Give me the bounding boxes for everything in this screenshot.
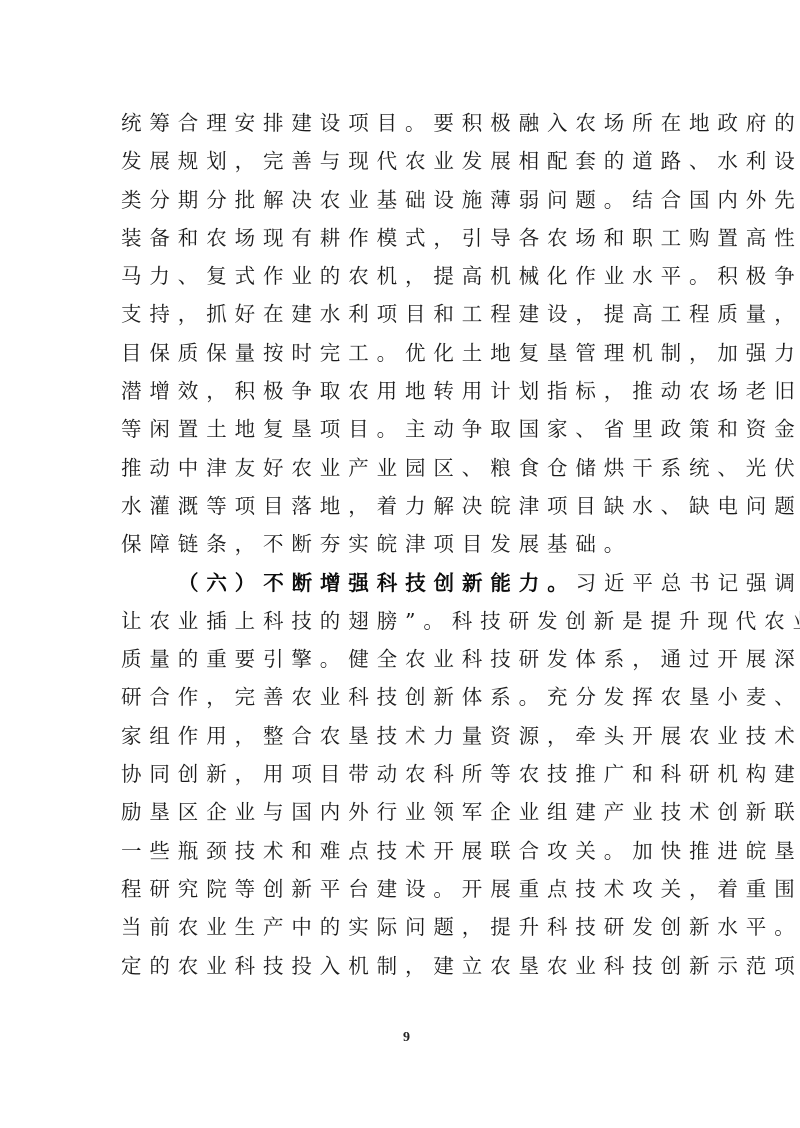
page-number: 9: [403, 1030, 410, 1046]
text-line: 水灌溉等项目落地，着力解决皖津项目缺水、缺电问题，完善: [121, 487, 701, 525]
text-line: 让农业插上科技的翅膀”。科技研发创新是提升现代农业发展: [121, 602, 701, 640]
text-line: 等闲置土地复垦项目。主动争取国家、省里政策和资金支持，: [121, 410, 701, 448]
text-line: 类分期分批解决农业基础设施薄弱问题。结合国内外先进农机: [121, 181, 701, 219]
text-run: 习近平总书记强调，“要: [576, 571, 800, 595]
text-line: 发展规划，完善与现代农业发展相配套的道路、水利设施，分: [121, 142, 701, 180]
text-line: 支持，抓好在建水利项目和工程建设，提高工程质量，确保项: [121, 295, 701, 333]
text-line: 保障链条，不断夯实皖津项目发展基础。: [121, 525, 701, 563]
text-line-first: （六）不断增强科技创新能力。习近平总书记强调，“要: [121, 564, 701, 602]
text-line: 目保质保量按时完工。优化土地复垦管理机制，加强力量，挖: [121, 334, 701, 372]
document-page: 统筹合理安排建设项目。要积极融入农场所在地政府的建设与 发展规划，完善与现代农业…: [0, 0, 800, 1128]
body-text: 统筹合理安排建设项目。要积极融入农场所在地政府的建设与 发展规划，完善与现代农业…: [121, 104, 701, 985]
text-line: 定的农业科技投入机制，建立农垦农业科技创新示范项目清: [121, 947, 701, 985]
text-line: 统筹合理安排建设项目。要积极融入农场所在地政府的建设与: [121, 104, 701, 142]
text-line: 家组作用，整合农垦技术力量资源，牵头开展农业技术攻关和: [121, 717, 701, 755]
text-line: 装备和农场现有耕作模式，引导各农场和职工购置高性能、大: [121, 219, 701, 257]
paragraph-infrastructure: 统筹合理安排建设项目。要积极融入农场所在地政府的建设与 发展规划，完善与现代农业…: [121, 104, 701, 564]
text-line: 协同创新，用项目带动农科所等农技推广和科研机构建设。鼓: [121, 755, 701, 793]
text-line: 励垦区企业与国内外行业领军企业组建产业技术创新联盟，对: [121, 793, 701, 831]
text-line: 程研究院等创新平台建设。开展重点技术攻关，着重围绕解决: [121, 870, 701, 908]
text-line: 质量的重要引擎。健全农业科技研发体系，通过开展深度产学: [121, 640, 701, 678]
text-line: 潜增效，积极争取农用地转用计划指标，推动农场老旧居民点: [121, 372, 701, 410]
text-line: 马力、复式作业的农机，提高机械化作业水平。积极争取政策: [121, 257, 701, 295]
text-line: 当前农业生产中的实际问题，提升科技研发创新水平。建立稳: [121, 908, 701, 946]
paragraph-tech-innovation: （六）不断增强科技创新能力。习近平总书记强调，“要 让农业插上科技的翅膀”。科技…: [121, 564, 701, 985]
text-line: 研合作，完善农业科技创新体系。充分发挥农垦小麦、水稻专: [121, 678, 701, 716]
text-line: 推动中津友好农业产业园区、粮食仓储烘干系统、光伏发电提: [121, 449, 701, 487]
section-heading: （六）不断增强科技创新能力。: [178, 571, 576, 595]
text-line: 一些瓶颈技术和难点技术开展联合攻关。加快推进皖垦生物工: [121, 832, 701, 870]
